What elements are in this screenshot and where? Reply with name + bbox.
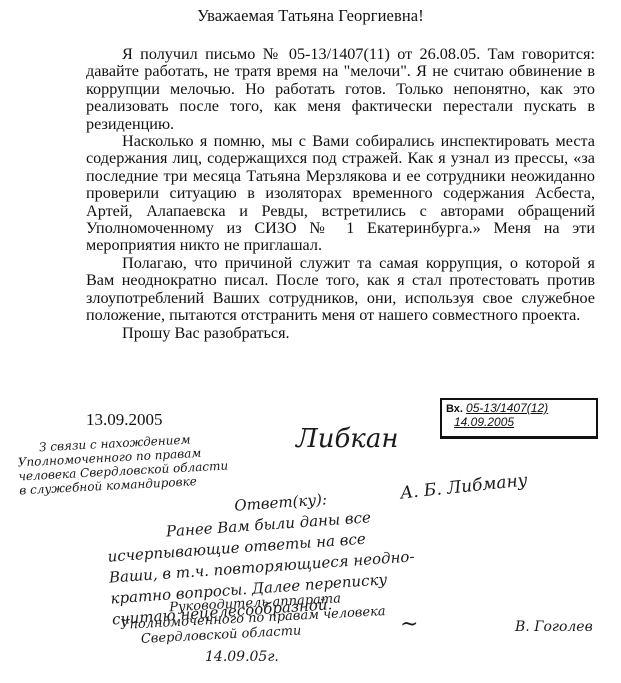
letter-date: 13.09.2005 [86,410,163,430]
stamp-date: 14.09.2005 [454,415,514,429]
paragraph: Насколько я помню, мы с Вами собирались … [86,133,595,255]
paragraph: Прошу Вас разобраться. [86,325,595,342]
resolution-note: З связи с нахождением Уполномоченного по… [17,431,230,498]
paragraph: Я получил письмо № 05-13/1407(11) от 26.… [86,46,595,133]
salutation: Уважаемая Татьяна Георгиевна! [0,6,621,26]
stamp-number: 05-13/1407(12) [466,401,548,415]
addressee: А. Б. Либману [400,473,529,500]
resolution-signature: Либкан [296,432,398,446]
stamp-label: Вх. [446,403,463,415]
signature-scribble: ~ [400,618,418,632]
letter-body: Я получил письмо № 05-13/1407(11) от 26.… [86,46,595,342]
sign-date: 14.09.05г. [205,650,279,664]
paragraph: Полагаю, что причиной служит та самая ко… [86,255,595,325]
registration-stamp: Вх. 05-13/1407(12) 14.09.2005 [440,398,598,439]
signer-name: В. Гоголев [515,620,593,634]
